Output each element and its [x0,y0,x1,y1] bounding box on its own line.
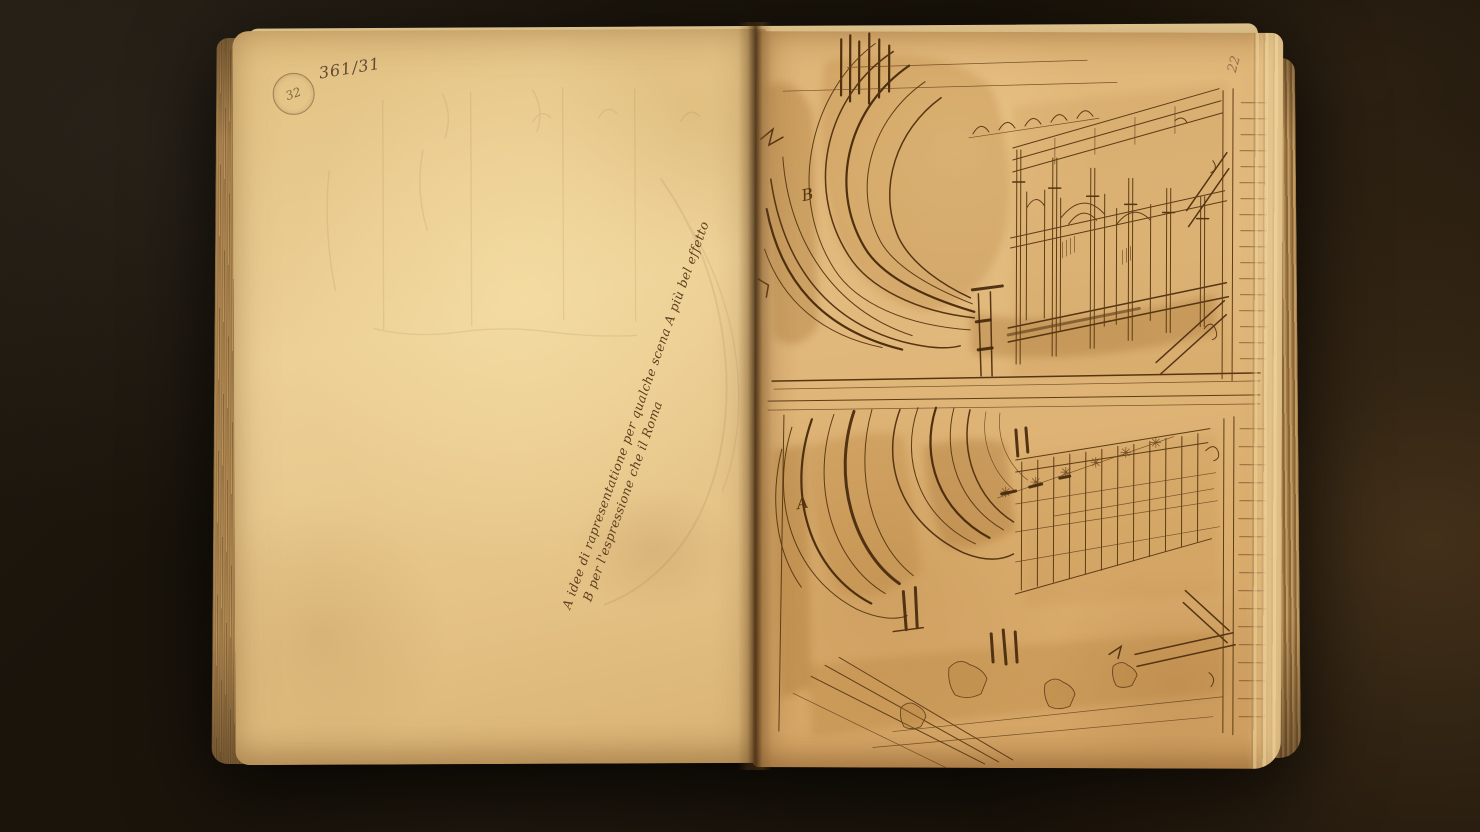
top-sketch-drawing: B [758,33,1268,391]
stamp-number: 32 [284,85,303,103]
bottom-sketch-drawing: A [767,393,1267,769]
left-page: 32 361/31 A idee di rapresentatione per … [232,29,769,765]
ink-drawings: B [753,31,1284,769]
page-curl-edge [1247,33,1284,769]
right-page: B [753,31,1284,769]
collection-stamp: 32 [273,73,315,115]
ghost-offset-sketch [232,29,769,765]
sketchbook: 32 361/31 A idee di rapresentatione per … [214,16,1306,772]
